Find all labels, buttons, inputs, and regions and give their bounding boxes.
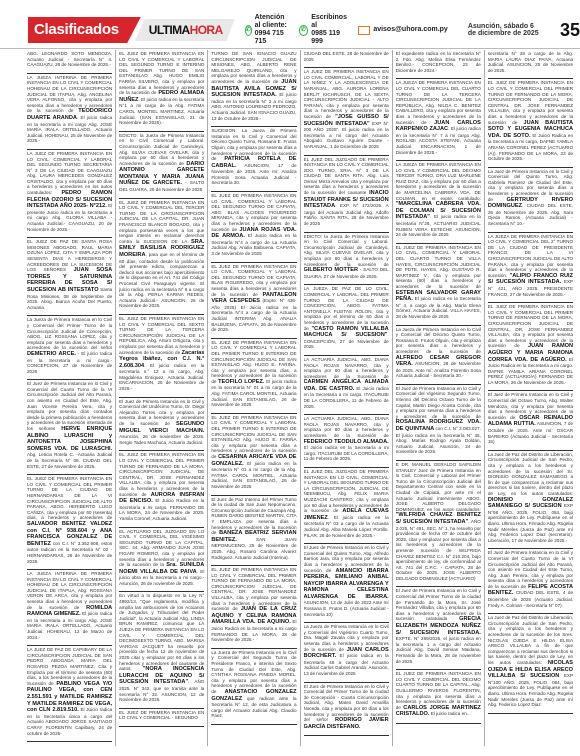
notice-text: EDICTO: la Jueza de Primera Instancia en… bbox=[304, 234, 389, 267]
legal-notice: LA JUEZA INTERINA DE PRIMERA INSTANCIA E… bbox=[27, 74, 112, 150]
legal-notice: El Juez de Primera Instancia en lo Civil… bbox=[488, 391, 573, 450]
notice-text: EL JUEZ DE PRIMERA INSTANCIA EN LO CIVIL… bbox=[119, 51, 204, 95]
legal-notice: La Jueza de Primera Instancia en lo Civi… bbox=[396, 326, 481, 385]
notice-tail: , para que en el término de 60 días, con… bbox=[119, 252, 204, 308]
legal-notice: La Jueza de Primera Instancia en lo Civi… bbox=[211, 649, 296, 725]
notice-code bbox=[304, 350, 389, 353]
legal-notice: La Juez de Primera Instancia en lo Civil… bbox=[488, 168, 573, 233]
legal-notice: La Jueza de Primera Instancia en lo Civi… bbox=[27, 316, 112, 380]
legal-notice: EL JUEZ DE PRIMERA INSTANCIA EN LO CIVIL… bbox=[211, 192, 296, 263]
notice-code bbox=[119, 445, 204, 448]
notice-code bbox=[396, 238, 481, 241]
notice-code bbox=[211, 257, 296, 260]
notice-code bbox=[304, 538, 389, 541]
legal-notice: El expediente radica en la Secretaría N°… bbox=[396, 50, 481, 79]
notice-code bbox=[396, 73, 481, 76]
notice-code bbox=[119, 392, 204, 395]
whatsapp-icon: ✆ bbox=[299, 25, 309, 36]
contact-write: ✆ Escribinos al0985 119 999 bbox=[299, 14, 349, 46]
notice-text: La Juez de Paz del Distrito de Liberació… bbox=[488, 615, 573, 665]
legal-notice: El Juez de Primera Instancia en lo Civil… bbox=[396, 587, 481, 670]
notice-text: EL JUEZ DE PRIMERA INSTANCIA EN LO CIVIL… bbox=[119, 200, 204, 244]
notice-code bbox=[396, 155, 481, 158]
notice-code bbox=[488, 227, 573, 230]
legal-notice: CIUDAD DEL ESTE, 28 de Noviembre de 2025 bbox=[304, 50, 389, 68]
notice-code bbox=[488, 708, 573, 711]
legal-notice: EL JUEZ DE PRIMERA INSTANCIA EN LO CIVIL… bbox=[211, 414, 296, 496]
legal-notice: La Juez de Paz del Distrito de Liberació… bbox=[488, 614, 573, 714]
notice-code bbox=[396, 379, 481, 382]
legal-notice: EL JUEZ DE PRIMERA INSTANCIA EN LO CIVIL… bbox=[488, 303, 573, 391]
legal-notice: EL JUEZ DE PRIMERA INSTANCIA EN LO CIVIL… bbox=[119, 451, 204, 527]
notice-code bbox=[304, 677, 389, 680]
legal-notice: LA JUEZA DE PRIMERA INSTANCIA EN LO CIVI… bbox=[488, 233, 573, 304]
notice-text: En virtud a lo dispuesto en la Ley N° 49… bbox=[119, 593, 204, 671]
page-header: Clasificados ULTIMAHORA ✆ Atención al cl… bbox=[0, 12, 580, 49]
whatsapp-icon: ✆ bbox=[245, 25, 252, 36]
notice-code bbox=[27, 310, 112, 313]
notice-text: EL JUEZ DE PRIMERA INSTANCIA EN LO CIVIL… bbox=[488, 80, 573, 124]
notice-text: LA JUEZA DE PRIMERA INSTANCIA EN LO CIVI… bbox=[396, 80, 481, 124]
notice-code bbox=[119, 721, 204, 724]
notice-text: EL JUEZ DE PRIMERA INSTANCIA EN LO CIVIL… bbox=[211, 567, 296, 611]
notice-code bbox=[27, 374, 112, 377]
decedent-name: DEMETRIO ARCE. bbox=[27, 351, 76, 357]
notice-code bbox=[119, 126, 204, 129]
notice-text: EL JUEZ DE PRIMERA INSTANCIA EN LO CIVIL… bbox=[488, 304, 573, 348]
notice-text: EL JUEZ DE PRIMERA INSTANCIA EN LO CIVIL… bbox=[211, 415, 296, 459]
classifieds-columns: ABG. LEONARDO SOTO MENDOZA, Actuario Jud… bbox=[27, 50, 576, 746]
notice-text: La Jueza de Primera Instancia en lo Civi… bbox=[27, 317, 112, 350]
legal-notice: EL JUEZ DE PRIMERA INSTANCIA EN LO CIVIL… bbox=[119, 315, 204, 398]
notice-code bbox=[304, 227, 389, 230]
legal-notice: LA JUEZA INTERINA DE PRIMERA INSTANCIA E… bbox=[27, 570, 112, 646]
notice-text: CIUDAD DEL ESTE, 28 de Noviembre de 2025 bbox=[304, 51, 389, 62]
notice-text: La Jueza de Primera Instancia en lo Civi… bbox=[211, 650, 296, 694]
contact-email: avisos@uhora.com.py bbox=[358, 26, 448, 35]
notice-code bbox=[211, 560, 296, 563]
notice-tail: EXPTE. N° 269/2025, el juicio radica en … bbox=[396, 636, 481, 663]
notice-code bbox=[396, 664, 481, 667]
notice-code bbox=[488, 385, 573, 388]
notice-code bbox=[488, 162, 573, 165]
notice-code bbox=[27, 640, 112, 643]
legal-notice: LA JUEZA DE PRIMERA INSTANCIA EN LO CIVI… bbox=[396, 161, 481, 244]
notice-tail: . AÑO 2.025, N° 491, SEC. N° 1, ha resue… bbox=[396, 519, 481, 581]
notice-code bbox=[304, 279, 389, 282]
page-number: 35 bbox=[560, 20, 580, 41]
legal-notice: EL JUEZ DE PRIMERA INSTANCIA EN LO CIVIL… bbox=[211, 263, 296, 339]
notice-code bbox=[27, 232, 112, 235]
legal-notice: EL JUEZ DE PRIMERA INSTANCIA EN LO CIVIL… bbox=[27, 475, 112, 570]
notice-tail: Asunción, 26 de noviembre de 2025. Sergi… bbox=[119, 434, 204, 445]
notice-tail: El Juicio radica en la Secretaría a mi c… bbox=[304, 445, 389, 461]
notice-code bbox=[304, 617, 389, 620]
legal-notice: EL ACTUARIO DEL JUZGADO EN LO CIVIL Y CO… bbox=[119, 528, 204, 593]
notice-tail: El juicio radica en... bbox=[429, 711, 470, 716]
notice-text: LA JUEZA DE PRIMERA INSTANCIA EN LO CIVI… bbox=[488, 234, 573, 278]
notice-code bbox=[488, 445, 573, 448]
legal-notice: LA ACTUARIA JUDICIAL, ABG. DIANA PAOLA R… bbox=[304, 356, 389, 415]
notice-code bbox=[119, 193, 204, 196]
notice-text: secretaría N° 28 a cargo de la Abg. MARI… bbox=[488, 51, 573, 73]
notice-text: E DR. MANUEL GERALDO SAIFILDIN STANLEY J… bbox=[396, 462, 481, 512]
legal-notice: LA JUEZA DE PRIMERA INSTANCIA EN LO CIVI… bbox=[396, 79, 481, 161]
legal-notice: EL JUEZ DE PRIMERA INSTANCIA EN LO CIVIL… bbox=[119, 50, 204, 132]
legal-notice: El Juez de Primera Instancia en lo Civil… bbox=[396, 385, 481, 461]
notice-text: LA JUEZA DE PAZ DE LO CIVIL, COMERCIAL Y… bbox=[304, 286, 389, 330]
notice-code bbox=[27, 68, 112, 71]
notice-code bbox=[211, 719, 296, 722]
notice-text: La Jueza de Primera Instancia en lo Civi… bbox=[396, 327, 481, 354]
notice-code bbox=[396, 320, 481, 323]
notice-code bbox=[488, 608, 573, 611]
decedent-name: "CASTO RAMON VILLALBA MACHUCA S/ SUCESIO… bbox=[304, 326, 389, 339]
notice-text: LA JUEZA DE PRIMERA INSTANCIA EN LO CIVI… bbox=[396, 162, 481, 201]
legal-notice: TURNO DE SAN IGNACIO GUAZU CIRCUNSCRIPCI… bbox=[211, 50, 296, 127]
notice-code bbox=[304, 62, 389, 65]
column-6: secretaría N° 28 a cargo de la Abg. MARI… bbox=[488, 50, 576, 746]
legal-notice: LA JUEZ DE PRIMERA INSTANCIA EN LO CIVIL… bbox=[27, 150, 112, 238]
legal-notice: En virtud a lo dispuesto en la Ley N° 49… bbox=[119, 592, 204, 708]
notice-code bbox=[119, 309, 204, 312]
legal-notice: EDICTO: la Jueza de Primera Instancia en… bbox=[119, 132, 204, 199]
legal-notice: EL JUEZ DE PRIMERA INSTANCIA EN LO CIVIL… bbox=[211, 339, 296, 414]
section-title: Clasificados bbox=[28, 17, 141, 43]
notice-code bbox=[27, 736, 112, 739]
notice-text: EL JUEZ DE PRIMERA INSTANCIA EN LO CIVIL… bbox=[119, 452, 204, 496]
notice-text: EL JUEZ DE PRIMERA INSTANCIA EN LO CIVIL… bbox=[396, 245, 481, 289]
newspaper-logo: ULTIMAHORA bbox=[135, 19, 235, 41]
notice-code bbox=[304, 730, 389, 733]
notice-code bbox=[488, 73, 573, 76]
notice-code bbox=[396, 455, 481, 458]
notice-code bbox=[211, 643, 296, 646]
notice-code bbox=[27, 144, 112, 147]
notice-text: LA JUEZ DE PRIMERA INSTANCIA EN LO CIVIL… bbox=[304, 69, 389, 119]
notice-code bbox=[488, 297, 573, 300]
legal-notice: E DR. MANUEL GERALDO SAIFILDIN STANLEY J… bbox=[396, 461, 481, 587]
notice-text: El Juez de Primera Instancia en lo Civil… bbox=[396, 386, 481, 419]
notice-code bbox=[396, 718, 481, 721]
legal-notice: LA JUEZA DE PAZ DE LO CIVIL, COMERCIAL Y… bbox=[304, 285, 389, 356]
legal-notice: El Juez de Primera Instancia en lo Civil… bbox=[119, 398, 204, 452]
notice-tail: Abg. Leticia Rotela C. -Actuaria Judicia… bbox=[27, 452, 112, 468]
legal-notice: EL JUEZ DE PRIMERA INSTANCIA EN LO CIVIL… bbox=[488, 79, 573, 167]
brand-banner: Clasificados ULTIMAHORA bbox=[28, 17, 235, 43]
notice-text: EL JUEZ DE PRIMERA INSTANCIA EN LO CIVIL… bbox=[119, 710, 204, 721]
legal-notice: La Jueza de Primera Instancia en lo Civi… bbox=[304, 623, 389, 682]
legal-notice: LA JUEZ DE PRIMERA INSTANCIA EN LO CIVIL… bbox=[304, 68, 389, 155]
notice-tail: EXP N°98 AÑO. 2025, FOLIO. 084, bajo ape… bbox=[488, 503, 573, 543]
column-4: CIUDAD DEL ESTE, 28 de Noviembre de 2025… bbox=[304, 50, 393, 746]
legal-notice: EL JUEZ DE PRIMERA INSTANCIA EN LO CIVIL… bbox=[211, 566, 296, 649]
legal-notice: EL JUEZ DE PRIMERA INSTANCIA EN LO CIVIL… bbox=[119, 199, 204, 315]
notice-code bbox=[211, 121, 296, 124]
decedent-name: GILBERTO MOTTER bbox=[304, 267, 359, 273]
notice-text: La Juez de Paz del Distrito de Liberació… bbox=[488, 452, 573, 496]
notice-code bbox=[211, 186, 296, 189]
column-3: TURNO DE SAN IGNACIO GUAZU CIRCUNSCRIPCI… bbox=[211, 50, 300, 746]
legal-notice: ABG. LEONARDO SOTO MENDOZA, Actuario Jud… bbox=[27, 50, 112, 74]
contact-attention: ✆ Atención al cliente:0994 715 715 bbox=[245, 14, 289, 46]
legal-notice: El Juez de Paz Interino del Primer Turno… bbox=[211, 496, 296, 567]
legal-notice: EL JUEZ DEL JUZGADO DE PRIMERA INSTANCIA… bbox=[304, 156, 389, 233]
notice-text: LA ACTUARIA JUDICIAL, ABG. DIANA PAOLA R… bbox=[304, 357, 389, 379]
legal-notice: El Juez de Primera Instancia en lo Civil… bbox=[488, 549, 573, 614]
notice-text: EL JUEZ DE PRIMERA INSTANCIA EN LO CIVIL… bbox=[211, 340, 296, 384]
column-1: ABG. LEONARDO SOTO MENDOZA, Actuario Jud… bbox=[27, 50, 116, 746]
notice-text: El expediente radica en la Secretaría N°… bbox=[396, 51, 481, 73]
notice-code bbox=[119, 703, 204, 706]
legal-notice: EL JUEZ DE PAZ DE SANTA ROSA MISIONES AB… bbox=[27, 238, 112, 316]
notice-text: EL JUEZ DE PRIMERA INSTANCIA EN LO CIVIL… bbox=[27, 476, 112, 520]
notice-text: LA ACTUARIA JUDICIAL, ABG. DIANA PAOLA R… bbox=[304, 416, 389, 438]
notice-code bbox=[211, 408, 296, 411]
legal-notice: EDICTO: la Jueza de Primera Instancia en… bbox=[304, 233, 389, 286]
notice-code bbox=[27, 469, 112, 472]
notice-text: EL JUEZ DEL JUZGADO DE PRIMERA INSTANCIA… bbox=[304, 469, 389, 513]
legal-notice: El Juez de Primera Instancia en lo Civil… bbox=[304, 544, 389, 623]
notice-text: El Juez de Primera Instancia en lo Civil… bbox=[27, 381, 112, 431]
notice-code bbox=[27, 564, 112, 567]
notice-text: ABG. LEONARDO SOTO MENDOZA, Actuario Jud… bbox=[27, 51, 112, 67]
notice-code bbox=[488, 543, 573, 546]
notice-code bbox=[396, 581, 481, 584]
notice-text: LA JUEZ DE PRIMERA INSTANCIA EN LO CIVIL… bbox=[27, 151, 112, 195]
legal-notice: LA JUEZ DE PAZ DE CAPIIBARY DE LA CIRCUN… bbox=[27, 646, 112, 742]
decedent-name: TEOFILO LOPEZ. bbox=[218, 379, 264, 385]
notice-code bbox=[304, 462, 389, 465]
legal-notice: EL JUEZ DE PRIMERA INSTANCIA EN LO CIVIL… bbox=[396, 244, 481, 326]
notice-code bbox=[211, 490, 296, 493]
legal-notice: EL JUEZ DEL JUZGADO DE PRIMERA INSTANCIA… bbox=[304, 468, 389, 544]
issue-date: Asunción, sábado 6 de diciembre de 2025 bbox=[468, 23, 544, 37]
column-2: EL JUEZ DE PRIMERA INSTANCIA EN LO CIVIL… bbox=[119, 50, 208, 746]
legal-notice: LA ACTUARIA JUDICIAL, ABG. DIANA PAOLA R… bbox=[304, 415, 389, 468]
notice-code bbox=[211, 333, 296, 336]
legal-notice: La Juez de Paz del Distrito de Liberació… bbox=[488, 451, 573, 550]
mail-icon bbox=[358, 26, 370, 35]
legal-notice: El Juez de Primera Instancia en lo Civil… bbox=[27, 380, 112, 475]
notice-code bbox=[304, 150, 389, 153]
notice-code bbox=[304, 409, 389, 412]
legal-notice: El Juez de Primera Instancia en lo Civil… bbox=[304, 683, 389, 737]
notice-tail: ASUNCION, 13 de Julio de 2022 Ante mí Ro… bbox=[304, 600, 389, 616]
decedent-name: FEDERICO TEODULO ALMADA. bbox=[304, 439, 389, 445]
decedent-name: DIONISIO GONZALEZ SAMANIEGO S/ SUCESION bbox=[488, 497, 573, 510]
notice-code bbox=[119, 522, 204, 525]
legal-notice: EL JUEZ DE PRIMERA INSTANCIA EN LO CIVIL… bbox=[396, 670, 481, 724]
legal-notice: secretaría N° 28 a cargo de la Abg. MARI… bbox=[488, 50, 573, 79]
notice-code bbox=[119, 586, 204, 589]
legal-notice: SUCESION: La Jueza de Primera Instancia … bbox=[211, 127, 296, 192]
column-5: El expediente radica en la Secretaría N°… bbox=[396, 50, 485, 746]
legal-notice: EL JUEZ DE PRIMERA INSTANCIA EN LO CIVIL… bbox=[119, 709, 204, 727]
